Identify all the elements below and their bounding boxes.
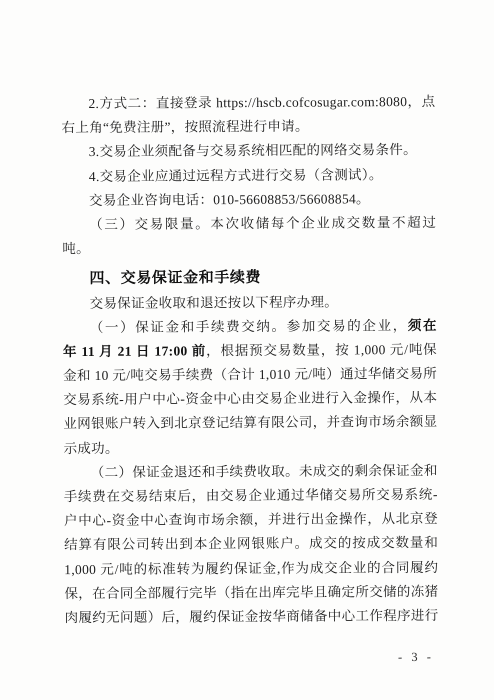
text-block: 2.方式二：直接登录 https://hscb.cofcosugar.com:8… [61,90,438,630]
text-segment: 手续费在交易结束后，由交易企业通过华储交易所交易系统-用 [64,487,438,509]
text-line: 交易保证金收取和退还按以下程序办理。 [63,289,437,315]
text-segment: 吨。 [62,241,90,256]
text-line: 4.交易企业应通过远程方式进行交易（含测试）。 [62,162,436,188]
text-line: 2.方式二：直接登录 https://hscb.cofcosugar.com:8… [61,90,435,116]
text-line: 右上角“免费注册”，按照流程进行申请。 [62,114,436,140]
text-line: 户中心-资金中心查询市场余额，并进行出金操作，从北京登记 [64,507,438,533]
text-segment: 右上角“免费注册”，按照流程进行申请。 [62,119,309,136]
text-segment: 金和 10 元/吨交易手续费（合计 1,010 元/吨）通过华储交易所 [63,366,437,383]
text-segment: （三）交易限量。本次收储每个企业成交数量不超过 3000 [62,215,436,237]
text-segment: 示成功。 [63,440,118,455]
text-segment: 业网银账户转入到北京登记结算有限公司，并查询市场余额显 [63,414,437,431]
text-segment: 交易系统-用户中心-资金中心由交易企业进行入金操作，从本企 [63,390,437,412]
section-heading: 四、交易保证金和手续费 [62,265,436,291]
text-line: （二）保证金退还和手续费收取。未成交的剩余保证金和 [64,459,438,485]
text-line: 交易系统-用户中心-资金中心由交易企业进行入金操作，从本企 [63,386,437,412]
text-line: 吨。 [62,235,436,261]
text-segment: （一）保证金和手续费交纳。参加交易的企业， [90,318,408,335]
text-line: （三）交易限量。本次收储每个企业成交数量不超过 3000 [62,211,436,237]
text-segment: 户中心-资金中心查询市场余额，并进行出金操作，从北京登记 [64,511,438,533]
text-segment: （二）保证金退还和手续费收取。未成交的剩余保证金和 [91,463,438,480]
text-line: 交易企业咨询电话：010-56608853/56608854。 [62,187,436,213]
text-segment: 年 11 月 21 日 17:00 前 [63,343,206,359]
text-segment: 肉履约无问题）后，履约保证金按华商储备中心工作程序进行 [65,608,439,625]
text-line: 年 11 月 21 日 17:00 前，根据预交易数量，按 1,000 元/吨保… [63,338,437,364]
text-segment: 2.方式二：直接登录 https://hscb.cofcosugar.com:8… [62,94,436,116]
text-segment: 3.交易企业须配备与交易系统相匹配的网络交易条件。 [89,142,417,159]
text-segment: 4.交易企业应通过远程方式进行交易（含测试）。 [89,167,383,184]
text-line: 示成功。 [63,434,437,460]
text-segment: 四、交易保证金和手续费 [89,269,261,287]
text-line: 1,000 元/吨的标准转为履约保证金,作为成交企业的合同履约担 [64,555,438,581]
page-number: - 3 - [398,648,434,666]
document-page: 2.方式二：直接登录 https://hscb.cofcosugar.com:8… [0,0,494,700]
text-line: 业网银账户转入到北京登记结算有限公司，并查询市场余额显 [63,410,437,436]
text-segment: 结算有限公司转出到本企业网银账户。成交的按成交数量和 [64,535,438,552]
text-segment: 1,000 元/吨的标准转为履约保证金,作为成交企业的合同履约担 [64,559,438,581]
text-line: 结算有限公司转出到本企业网银账户。成交的按成交数量和 [64,531,438,557]
text-line: 3.交易企业须配备与交易系统相匹配的网络交易条件。 [62,138,436,164]
text-segment: 保，在合同全部履行完毕（指在出库完毕且确定所交储的冻猪 [64,584,438,601]
text-line: （一）保证金和手续费交纳。参加交易的企业，须在 2025 [63,314,437,340]
text-segment: 交易企业咨询电话：010-56608853/56608854。 [89,191,370,208]
text-line: 金和 10 元/吨交易手续费（合计 1,010 元/吨）通过华储交易所 [63,362,437,388]
text-line: 肉履约无问题）后，履约保证金按华商储备中心工作程序进行 [64,604,438,630]
text-line: 手续费在交易结束后，由交易企业通过华储交易所交易系统-用 [64,483,438,509]
text-line: 保，在合同全部履行完毕（指在出库完毕且确定所交储的冻猪 [64,580,438,606]
text-segment: 交易保证金收取和退还按以下程序办理。 [90,294,338,311]
